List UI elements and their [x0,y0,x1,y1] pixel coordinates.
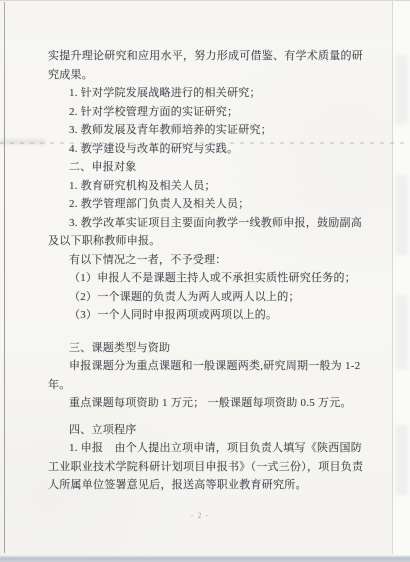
list-item: （2）一个课题的负责人为两人或两人以上的； [48,288,382,307]
list-item: 2. 针对学校管理方面的实证研究； [48,103,382,122]
text-line: 年。 [48,376,382,395]
scan-smudge [395,55,408,125]
section-heading: 二、申报对象 [48,158,382,177]
list-item: （1）申报人不是课题主持人或不承担实质性研究任务的； [48,269,382,288]
list-item: 1. 针对学院发展战略进行的相关研究； [48,84,382,103]
blank-line [48,413,382,421]
text-line: 重点课题每项资助 1 万元； 一般课题每项资助 0.5 万元。 [48,394,382,413]
document-body: 实提升理论研究和应用水平，努力形成可借鉴、有学术质量的研 究成果。 1. 针对学… [48,47,382,495]
scan-fold-smudge [0,139,46,145]
blank-line [48,325,382,339]
list-item: （3）一个人同时申报两项或两项以上的。 [48,306,382,325]
text-line: 实提升理论研究和应用水平，努力形成可借鉴、有学术质量的研 [48,47,382,66]
page-bottom-shadow [0,555,410,562]
scanned-page: 实提升理论研究和应用水平，努力形成可借鉴、有学术质量的研 究成果。 1. 针对学… [0,0,410,562]
page-edge-right [392,0,393,554]
text-line: 工业职业技术学院科研计划项目申报书》（一式三份），项目负责 [48,458,382,477]
scan-smudge [395,425,408,495]
page-edge-top [0,0,410,1]
text-line: 申报课题分为重点课题和一般课题两类,研究周期一般为 1-2 [48,357,382,376]
text-line: 究成果。 [48,66,382,85]
list-item: 4. 教学建设与改革的研究与实践。 [48,140,382,159]
list-item: 2. 教学管理部门负责人及相关人员； [48,195,382,214]
page-number: - 2 - [0,510,400,522]
scan-smudge [395,295,408,370]
list-item: 1. 教育研究机构及相关人员； [48,177,382,196]
list-item: 3. 教学改革实证项目主要面向教学一线教师申报，鼓励副高 [48,214,382,233]
section-heading: 四、立项程序 [48,421,382,440]
page-edge-left [4,2,5,553]
text-line: 及以下职称教师申报。 [48,232,382,251]
text-line: 人所属单位签署意见后，报送高等职业教育研究所。 [48,476,382,495]
text-line: 1. 申报 由个人提出立项申请，项目负责人填写《陕西国防 [48,439,382,458]
section-heading: 三、课题类型与资助 [48,339,382,358]
scan-smudge [395,175,408,255]
text-line: 有以下情况之一者，不予受理： [48,251,382,270]
list-item: 3. 教师发展及青年教师培养的实证研究； [48,121,382,140]
